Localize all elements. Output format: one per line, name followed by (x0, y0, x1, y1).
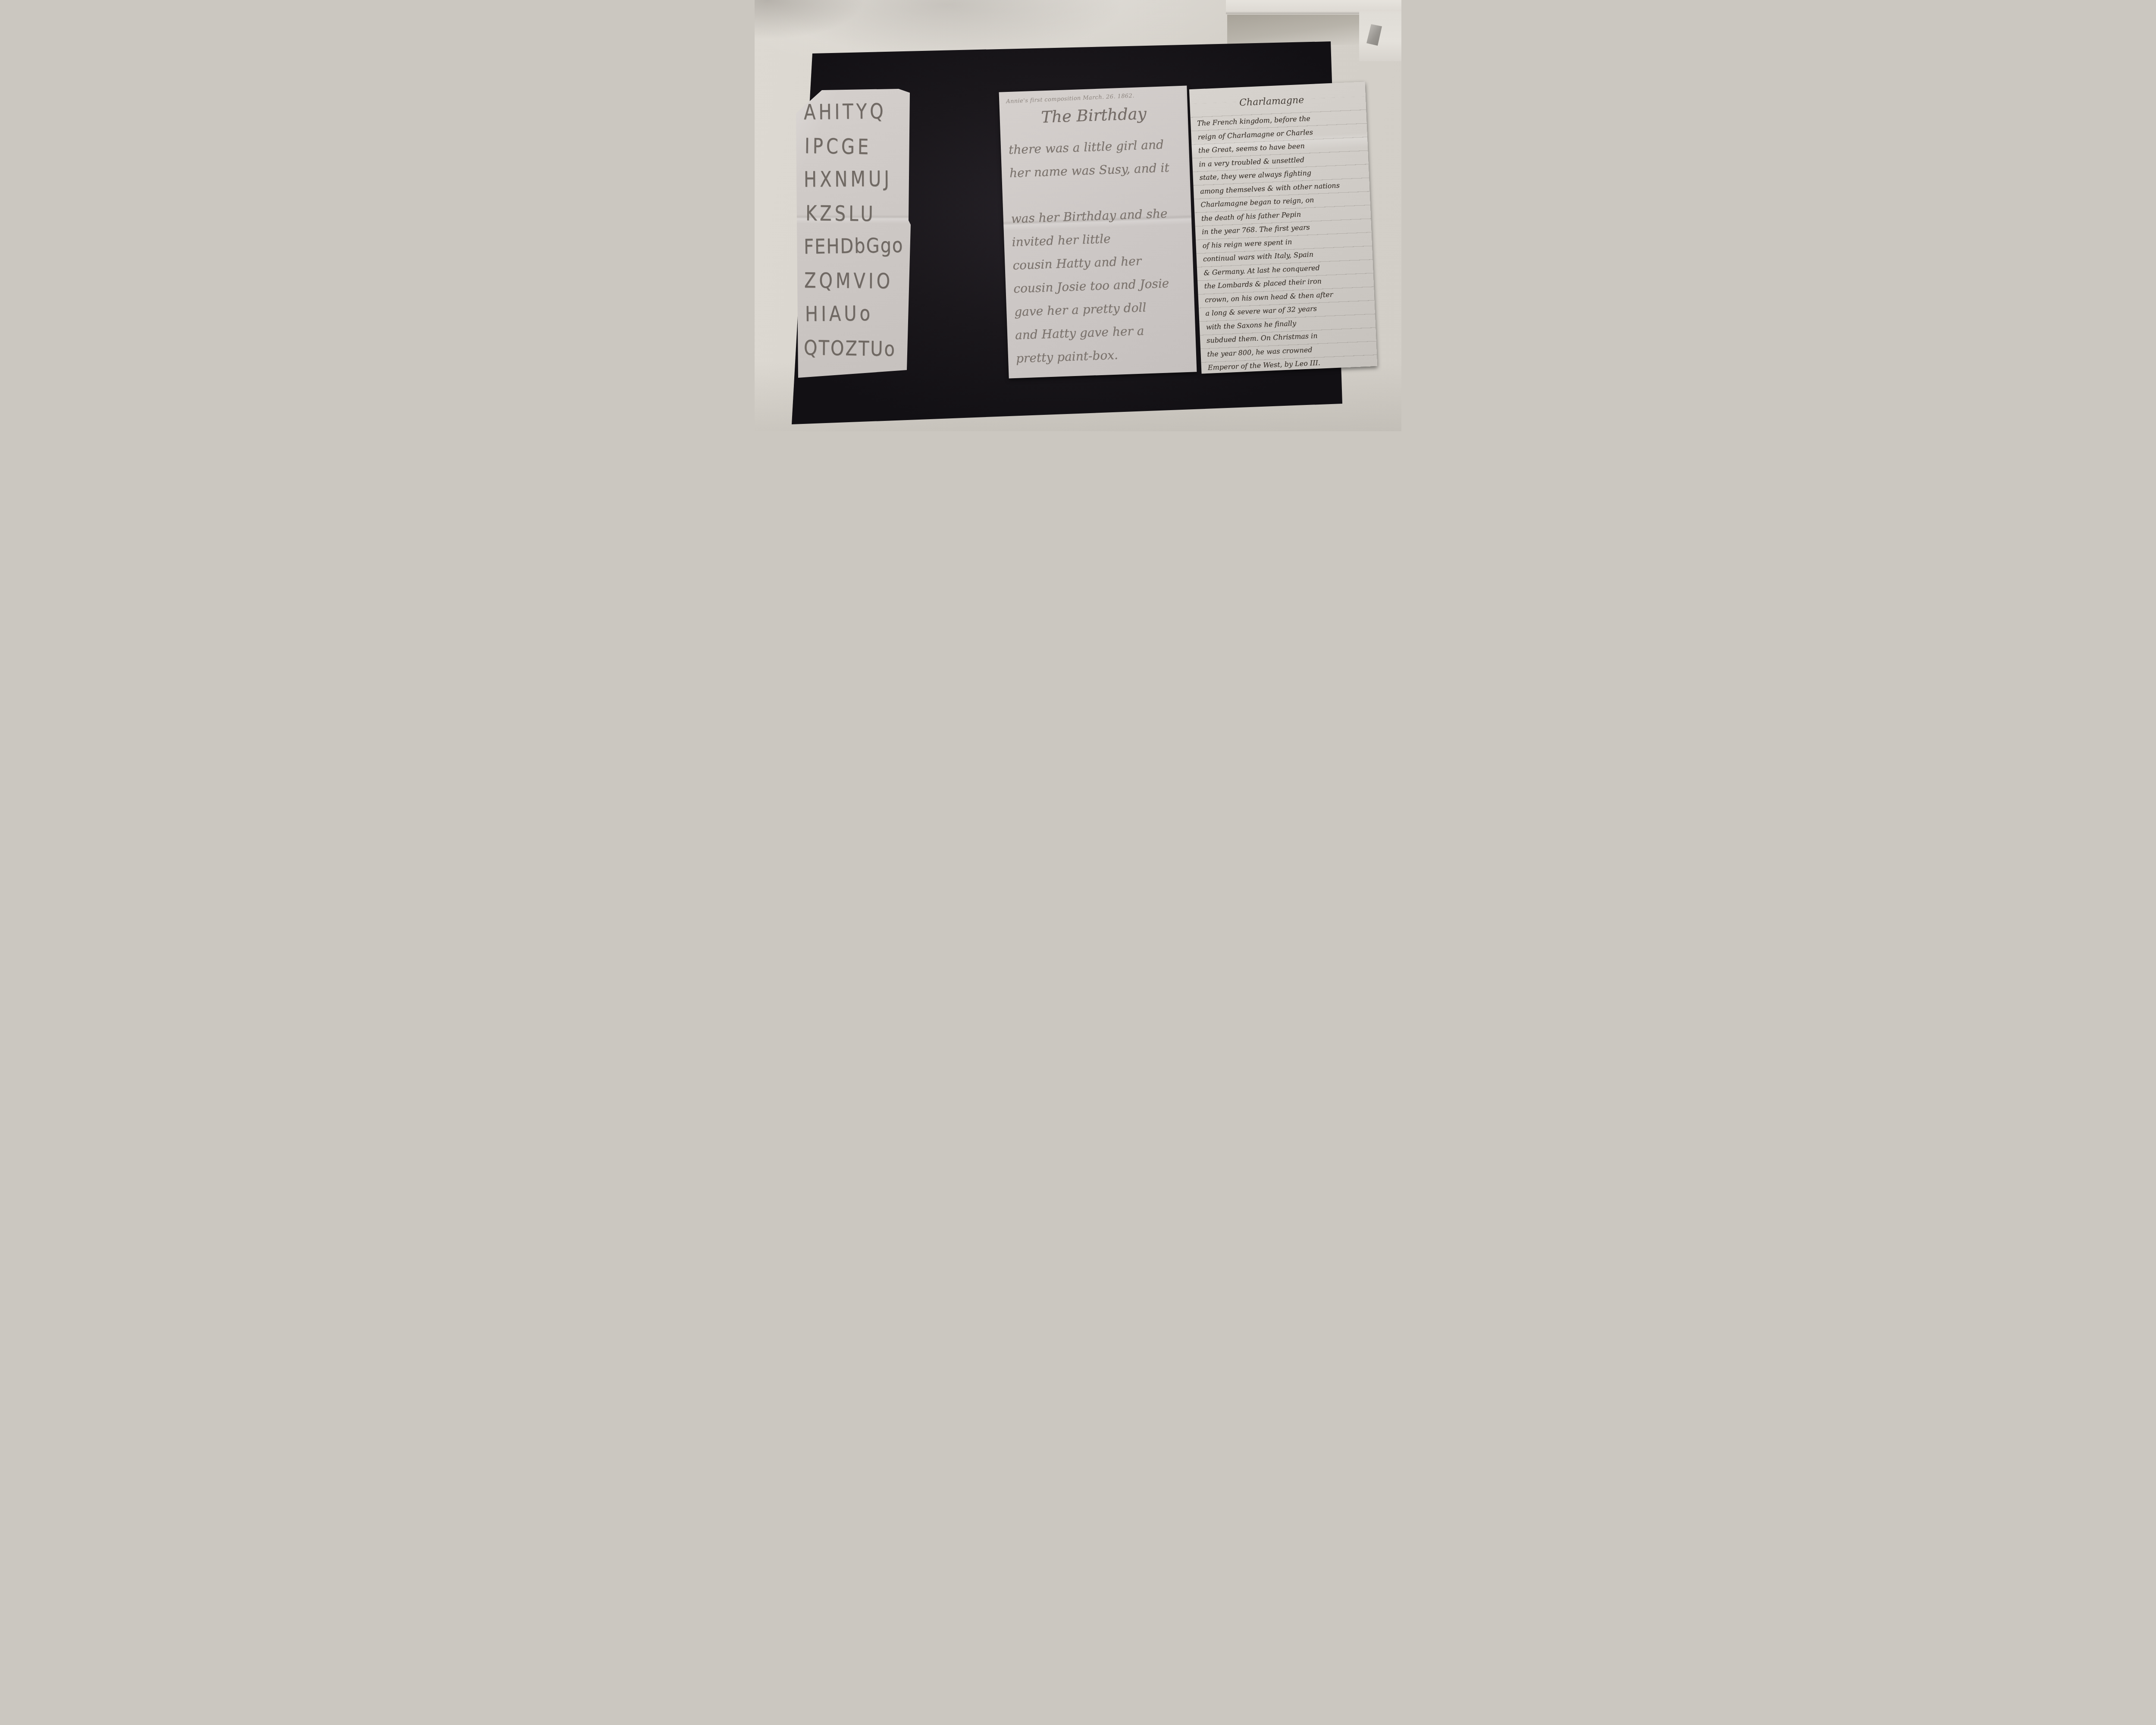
stand-shadow (1227, 13, 1363, 45)
alphabet-rows: AHITYQ IPCGE HXNMUJ KZSLU FEHDbGgo ZQMVI… (804, 96, 903, 365)
birthday-composition: Annie's first composition March. 26. 186… (999, 86, 1197, 379)
alphabet-practice-sheet: AHITYQ IPCGE HXNMUJ KZSLU FEHDbGgo ZQMVI… (796, 89, 911, 378)
museum-display-photo: AHITYQ IPCGE HXNMUJ KZSLU FEHDbGgo ZQMVI… (755, 0, 1401, 431)
charlamagne-essay: Charlamagne The French kingdom, before t… (1189, 82, 1377, 373)
alphabet-row: QTOZTUo (804, 328, 903, 369)
essay-title: Charlamagne (1184, 92, 1360, 111)
composition-annotation: Annie's first composition March. 26. 186… (1006, 91, 1178, 105)
composition-body: there was a little girl and her name was… (1008, 132, 1190, 370)
composition-title: The Birthday (1000, 103, 1188, 128)
essay-body: The French kingdom, before the reign of … (1197, 110, 1372, 375)
display-stand-side (1359, 11, 1401, 61)
